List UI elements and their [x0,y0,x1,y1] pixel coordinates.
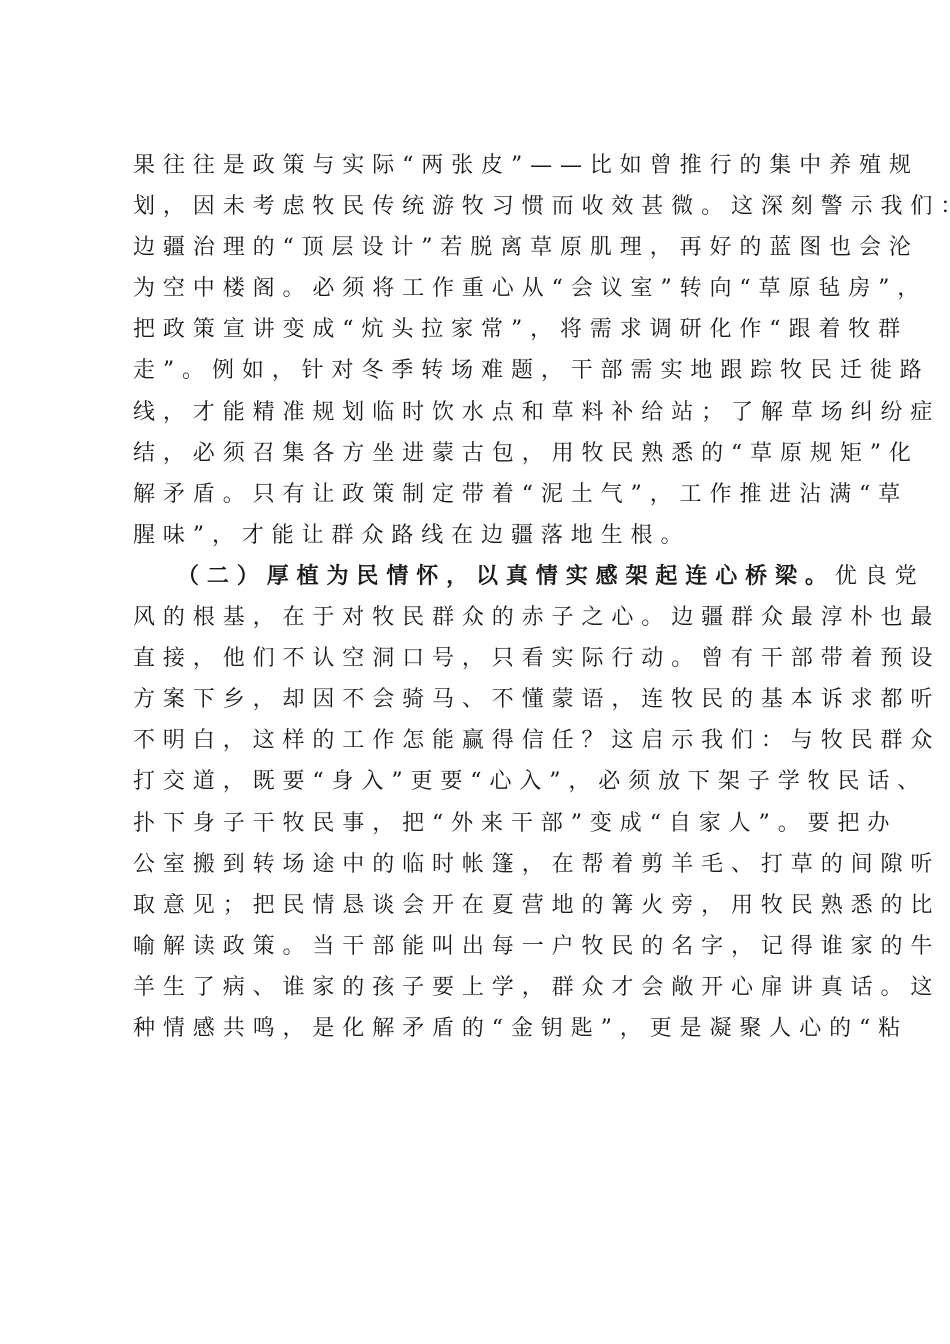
text-line: 喻解读政策。当干部能叫出每一户牧民的名字，记得谁家的牛 [133,926,853,967]
paragraph-1: 果往往是政策与实际“两张皮”——比如曾推行的集中养殖规 划，因未考虑牧民传统游牧… [133,145,853,556]
text-line: 边疆治理的“顶层设计”若脱离草原肌理，再好的蓝图也会沦 [133,227,853,268]
text-line: 公室搬到转场途中的临时帐篷，在帮着剪羊毛、打草的间隙听 [133,844,853,885]
text-line: 不明白，这样的工作怎能赢得信任？这启示我们：与牧民群众 [133,720,853,761]
document-body: 果往往是政策与实际“两张皮”——比如曾推行的集中养殖规 划，因未考虑牧民传统游牧… [133,145,853,1049]
text-line: 走”。例如，针对冬季转场难题，干部需实地跟踪牧民迁徙路 [133,350,853,391]
text-line: 为空中楼阁。必须将工作重心从“会议室”转向“草原毡房”， [133,268,853,309]
text-line: 划，因未考虑牧民传统游牧习惯而收效甚微。这深刻警示我们： [133,186,853,227]
text-line: 打交道，既要“身入”更要“心入”，必须放下架子学牧民话、 [133,761,853,802]
text-line: 果往往是政策与实际“两张皮”——比如曾推行的集中养殖规 [133,145,853,186]
heading-line-rest: 优良党 [835,564,925,589]
text-line: 种情感共鸣，是化解矛盾的“金钥匙”，更是凝聚人心的“粘 [133,1008,853,1049]
text-line: 把政策宣讲变成“炕头拉家常”，将需求调研化作“跟着牧群 [133,309,853,350]
text-line: 风的根基，在于对牧民群众的赤子之心。边疆群众最淳朴也最 [133,597,853,638]
text-line: 取意见；把民情恳谈会开在夏营地的篝火旁，用牧民熟悉的比 [133,885,853,926]
document-page: 果往往是政策与实际“两张皮”——比如曾推行的集中养殖规 划，因未考虑牧民传统游牧… [0,0,950,1344]
text-line: 线，才能精准规划临时饮水点和草料补给站；了解草场纠纷症 [133,392,853,433]
text-line: 扑下身子干牧民事，把“外来干部”变成“自家人”。要把办 [133,803,853,844]
text-line: 羊生了病、谁家的孩子要上学，群众才会敞开心扉讲真话。这 [133,967,853,1008]
text-line: 结，必须召集各方坐进蒙古包，用牧民熟悉的“草原规矩”化 [133,433,853,474]
text-line: 解矛盾。只有让政策制定带着“泥土气”，工作推进沾满“草 [133,474,853,515]
section-heading: （二）厚植为民情怀，以真情实感架起连心桥梁。 [177,563,835,589]
text-line: 直接，他们不认空洞口号，只看实际行动。曾有干部带着预设 [133,638,853,679]
text-line: 腥味”，才能让群众路线在边疆落地生根。 [133,515,853,556]
paragraph-2: （二）厚植为民情怀，以真情实感架起连心桥梁。优良党 风的根基，在于对牧民群众的赤… [133,556,853,1049]
text-line: （二）厚植为民情怀，以真情实感架起连心桥梁。优良党 [133,556,853,597]
text-line: 方案下乡，却因不会骑马、不懂蒙语，连牧民的基本诉求都听 [133,679,853,720]
